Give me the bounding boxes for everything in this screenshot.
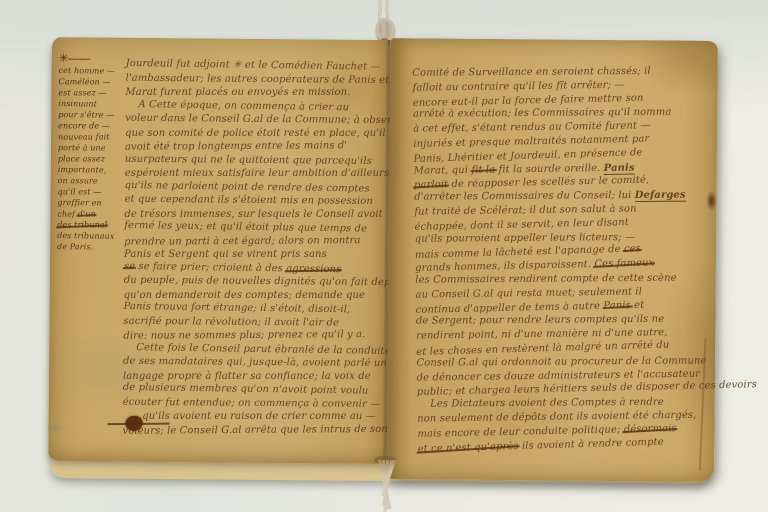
manuscript-line: Caméléon — bbox=[58, 76, 126, 88]
left-page-text: Jourdeuil fut adjoint ✳ et le Comédien F… bbox=[122, 58, 383, 438]
ink-smudge bbox=[706, 191, 716, 211]
manuscript-line: encore de — bbox=[58, 120, 126, 131]
binding-thread-bottom-icon bbox=[366, 458, 410, 512]
struck-word: des tribunal bbox=[57, 220, 107, 229]
manuscript-line: de Sergent; pour rendre leurs comptes qu… bbox=[416, 313, 712, 329]
manuscript-line: qu'ils avoient eu raison de crier comme … bbox=[123, 410, 381, 424]
manuscript-line: d'arrêter les Commissaires du Conseil; l… bbox=[414, 189, 710, 205]
left-page: ✳—— cet homme —Caméléon —est assez —insi… bbox=[48, 37, 389, 464]
manuscript-line: qu'il est — bbox=[58, 186, 126, 197]
manuscript-line: espéroient mieux satisfaire leur ambitio… bbox=[125, 167, 383, 181]
struck-word: d'un bbox=[78, 209, 96, 218]
manuscript-line: des tribunal bbox=[57, 219, 125, 230]
manuscript-line: prendre un parti à cet égard; alors on m… bbox=[124, 233, 382, 248]
manuscript-line: nouveau fait bbox=[58, 131, 126, 142]
emphasized-word: Panis bbox=[604, 162, 635, 174]
manuscript-line: les Commissaires rendirent compte de cet… bbox=[415, 271, 711, 287]
photo-background: ✳—— cet homme —Caméléon —est assez —insi… bbox=[0, 0, 768, 512]
manuscript-line: pour s'être — bbox=[58, 109, 126, 121]
manuscript-line: Comité de Surveillance en seroient chass… bbox=[412, 64, 708, 80]
manuscript-line: greffier en bbox=[57, 197, 125, 209]
manuscript-line: arrêté à exécution; les Commissaires qu'… bbox=[413, 106, 709, 122]
manuscript-line: usurpateurs qui ne le quittoient que par… bbox=[125, 152, 383, 168]
struck-word: se bbox=[124, 260, 135, 271]
struck-word: désormais bbox=[624, 423, 677, 435]
struck-word: ces bbox=[624, 244, 641, 255]
struck-word: Ces fameux bbox=[594, 258, 654, 270]
manuscript-line: on assure bbox=[58, 175, 126, 187]
manuscript-line: importante, bbox=[58, 164, 126, 176]
manuscript-line: Marat furent placés ou envoyés en missio… bbox=[125, 86, 383, 100]
manuscript-line: est assez — bbox=[58, 87, 126, 98]
margin-annotation: ✳—— cet homme —Caméléon —est assez —insi… bbox=[57, 51, 127, 253]
manuscript-line: place assez bbox=[58, 153, 126, 164]
emphasized-word: Defarges bbox=[635, 190, 686, 202]
margin-annotation-lines: cet homme —Caméléon —est assez —insinuan… bbox=[57, 65, 127, 253]
manuscript-line: avoit été trop longtemps entre les mains… bbox=[125, 139, 383, 154]
manuscript-booklet: ✳—— cet homme —Caméléon —est assez —insi… bbox=[48, 35, 720, 477]
asterisk-mark: ✳—— bbox=[59, 51, 127, 66]
manuscript-line: que son comité de police étoit resté en … bbox=[125, 126, 383, 140]
struck-word: fit la bbox=[471, 164, 495, 175]
manuscript-line: des tribunaux bbox=[57, 230, 125, 242]
manuscript-line: de Paris. bbox=[57, 241, 125, 253]
right-page-text: Comité de Surveillance en seroient chass… bbox=[412, 64, 713, 454]
struck-word: et ce n'est qu'après bbox=[417, 440, 518, 454]
struck-word: Panis bbox=[603, 300, 631, 312]
manuscript-line: voleurs; le Conseil G.al arrêta que les … bbox=[122, 422, 380, 437]
manuscript-line: insinuant bbox=[58, 98, 126, 110]
manuscript-line: Conseil G.al qui ordonnoit au procureur … bbox=[416, 354, 712, 370]
green-stain bbox=[46, 423, 64, 432]
struck-word: agressions bbox=[286, 263, 341, 275]
manuscript-line: Les Dictateurs avoient des Comptes à ren… bbox=[417, 396, 713, 412]
manuscript-line: chef d'un bbox=[57, 208, 125, 219]
manuscript-line: cet homme — bbox=[59, 65, 127, 77]
right-page: Comité de Surveillance en seroient chass… bbox=[387, 38, 718, 482]
manuscript-line: Panis et Sergent qui se virent pris sans bbox=[124, 248, 382, 262]
manuscript-line: porté à une bbox=[58, 142, 126, 154]
